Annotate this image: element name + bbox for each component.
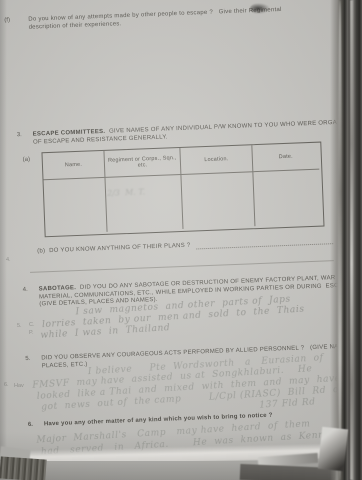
- section-4-title: SABOTAGE.: [39, 285, 77, 292]
- table-faint-pencil-mark: 2/3 M. T.: [107, 187, 145, 197]
- table-cell-empty: [44, 178, 108, 234]
- binding-bottom-corner: [318, 427, 348, 471]
- table-header-regiment: Regiment or Corps., Sqn., etc.: [104, 148, 181, 178]
- margin-bleed-mark: C.: [29, 322, 35, 328]
- section-4-number: 4.: [23, 287, 28, 293]
- table-header-name: Name.: [42, 151, 105, 180]
- section-3-heading-rest: GIVE NAMES OF ANY INDIVIDUAL P/W KNOWN T…: [105, 119, 361, 135]
- answer-line-dotted: [196, 238, 333, 249]
- section-5-number: 5.: [25, 356, 30, 362]
- section-3-heading-line1: ESCAPE COMMITTEES. GIVE NAMES OF ANY IND…: [33, 119, 361, 139]
- binding-curve-highlight: [338, 0, 342, 480]
- table-cell-empty: [105, 175, 183, 232]
- question-b-text: (b) DO YOU KNOW ANYTHING OF THEIR PLANS …: [37, 243, 190, 256]
- handwritten-answer-5-line5: 137 Fld Rd: [259, 397, 316, 410]
- table-cell-empty: [181, 172, 255, 229]
- photographed-document-page: (f) Do you know of any attempts made by …: [0, 0, 362, 480]
- section-5-line2: PLACES, ETC.): [42, 361, 88, 370]
- binding-streak-highlight: [350, 0, 353, 480]
- answer-rule-line: [30, 260, 334, 273]
- margin-bleed-mark: 5.: [17, 323, 22, 329]
- table-header-location: Location.: [180, 145, 253, 175]
- question-b-row: (b) DO YOU KNOW ANYTHING OF THEIR PLANS …: [37, 237, 333, 255]
- margin-bleed-mark: Hav: [14, 383, 24, 389]
- book-binding-edge: [330, 0, 362, 480]
- ink-smudge: [250, 3, 270, 14]
- margin-bleed-mark: P.: [29, 330, 34, 336]
- page-left-edge-shadow: [0, 0, 7, 480]
- table-header-date: Date.: [252, 143, 319, 173]
- section-3-number: 3.: [17, 132, 22, 138]
- escape-committee-table: Name. Regiment or Corps., Sqn., etc. Loc…: [41, 142, 324, 238]
- section-6-number: 6.: [28, 422, 33, 428]
- table-cell-empty: [253, 170, 321, 226]
- question-f-line1: Do you know of any attempts made by othe…: [28, 7, 282, 24]
- section-3a-label: (a): [23, 157, 31, 163]
- bottom-left-page-stack: [0, 456, 47, 480]
- page-text-layer: (f) Do you know of any attempts made by …: [0, 0, 362, 480]
